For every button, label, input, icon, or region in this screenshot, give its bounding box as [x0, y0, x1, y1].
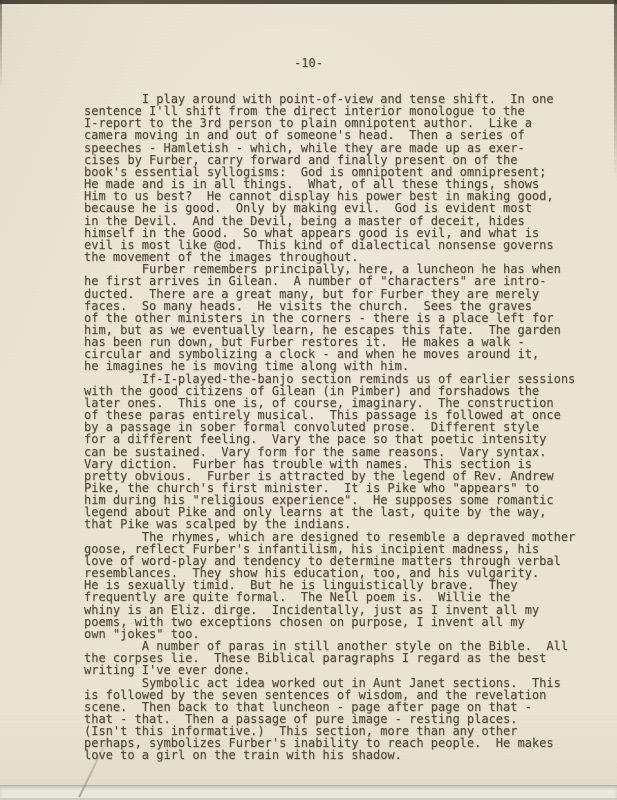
typed-text: I play around with point-of-view and ten… [84, 93, 575, 762]
scan-left-edge [0, 0, 2, 90]
scan-top-edge [0, 0, 617, 4]
scan-bottom-strip [0, 785, 617, 800]
page-number: -10- [0, 56, 617, 70]
scanned-page: -10- I play around with point-of-view an… [0, 0, 617, 800]
